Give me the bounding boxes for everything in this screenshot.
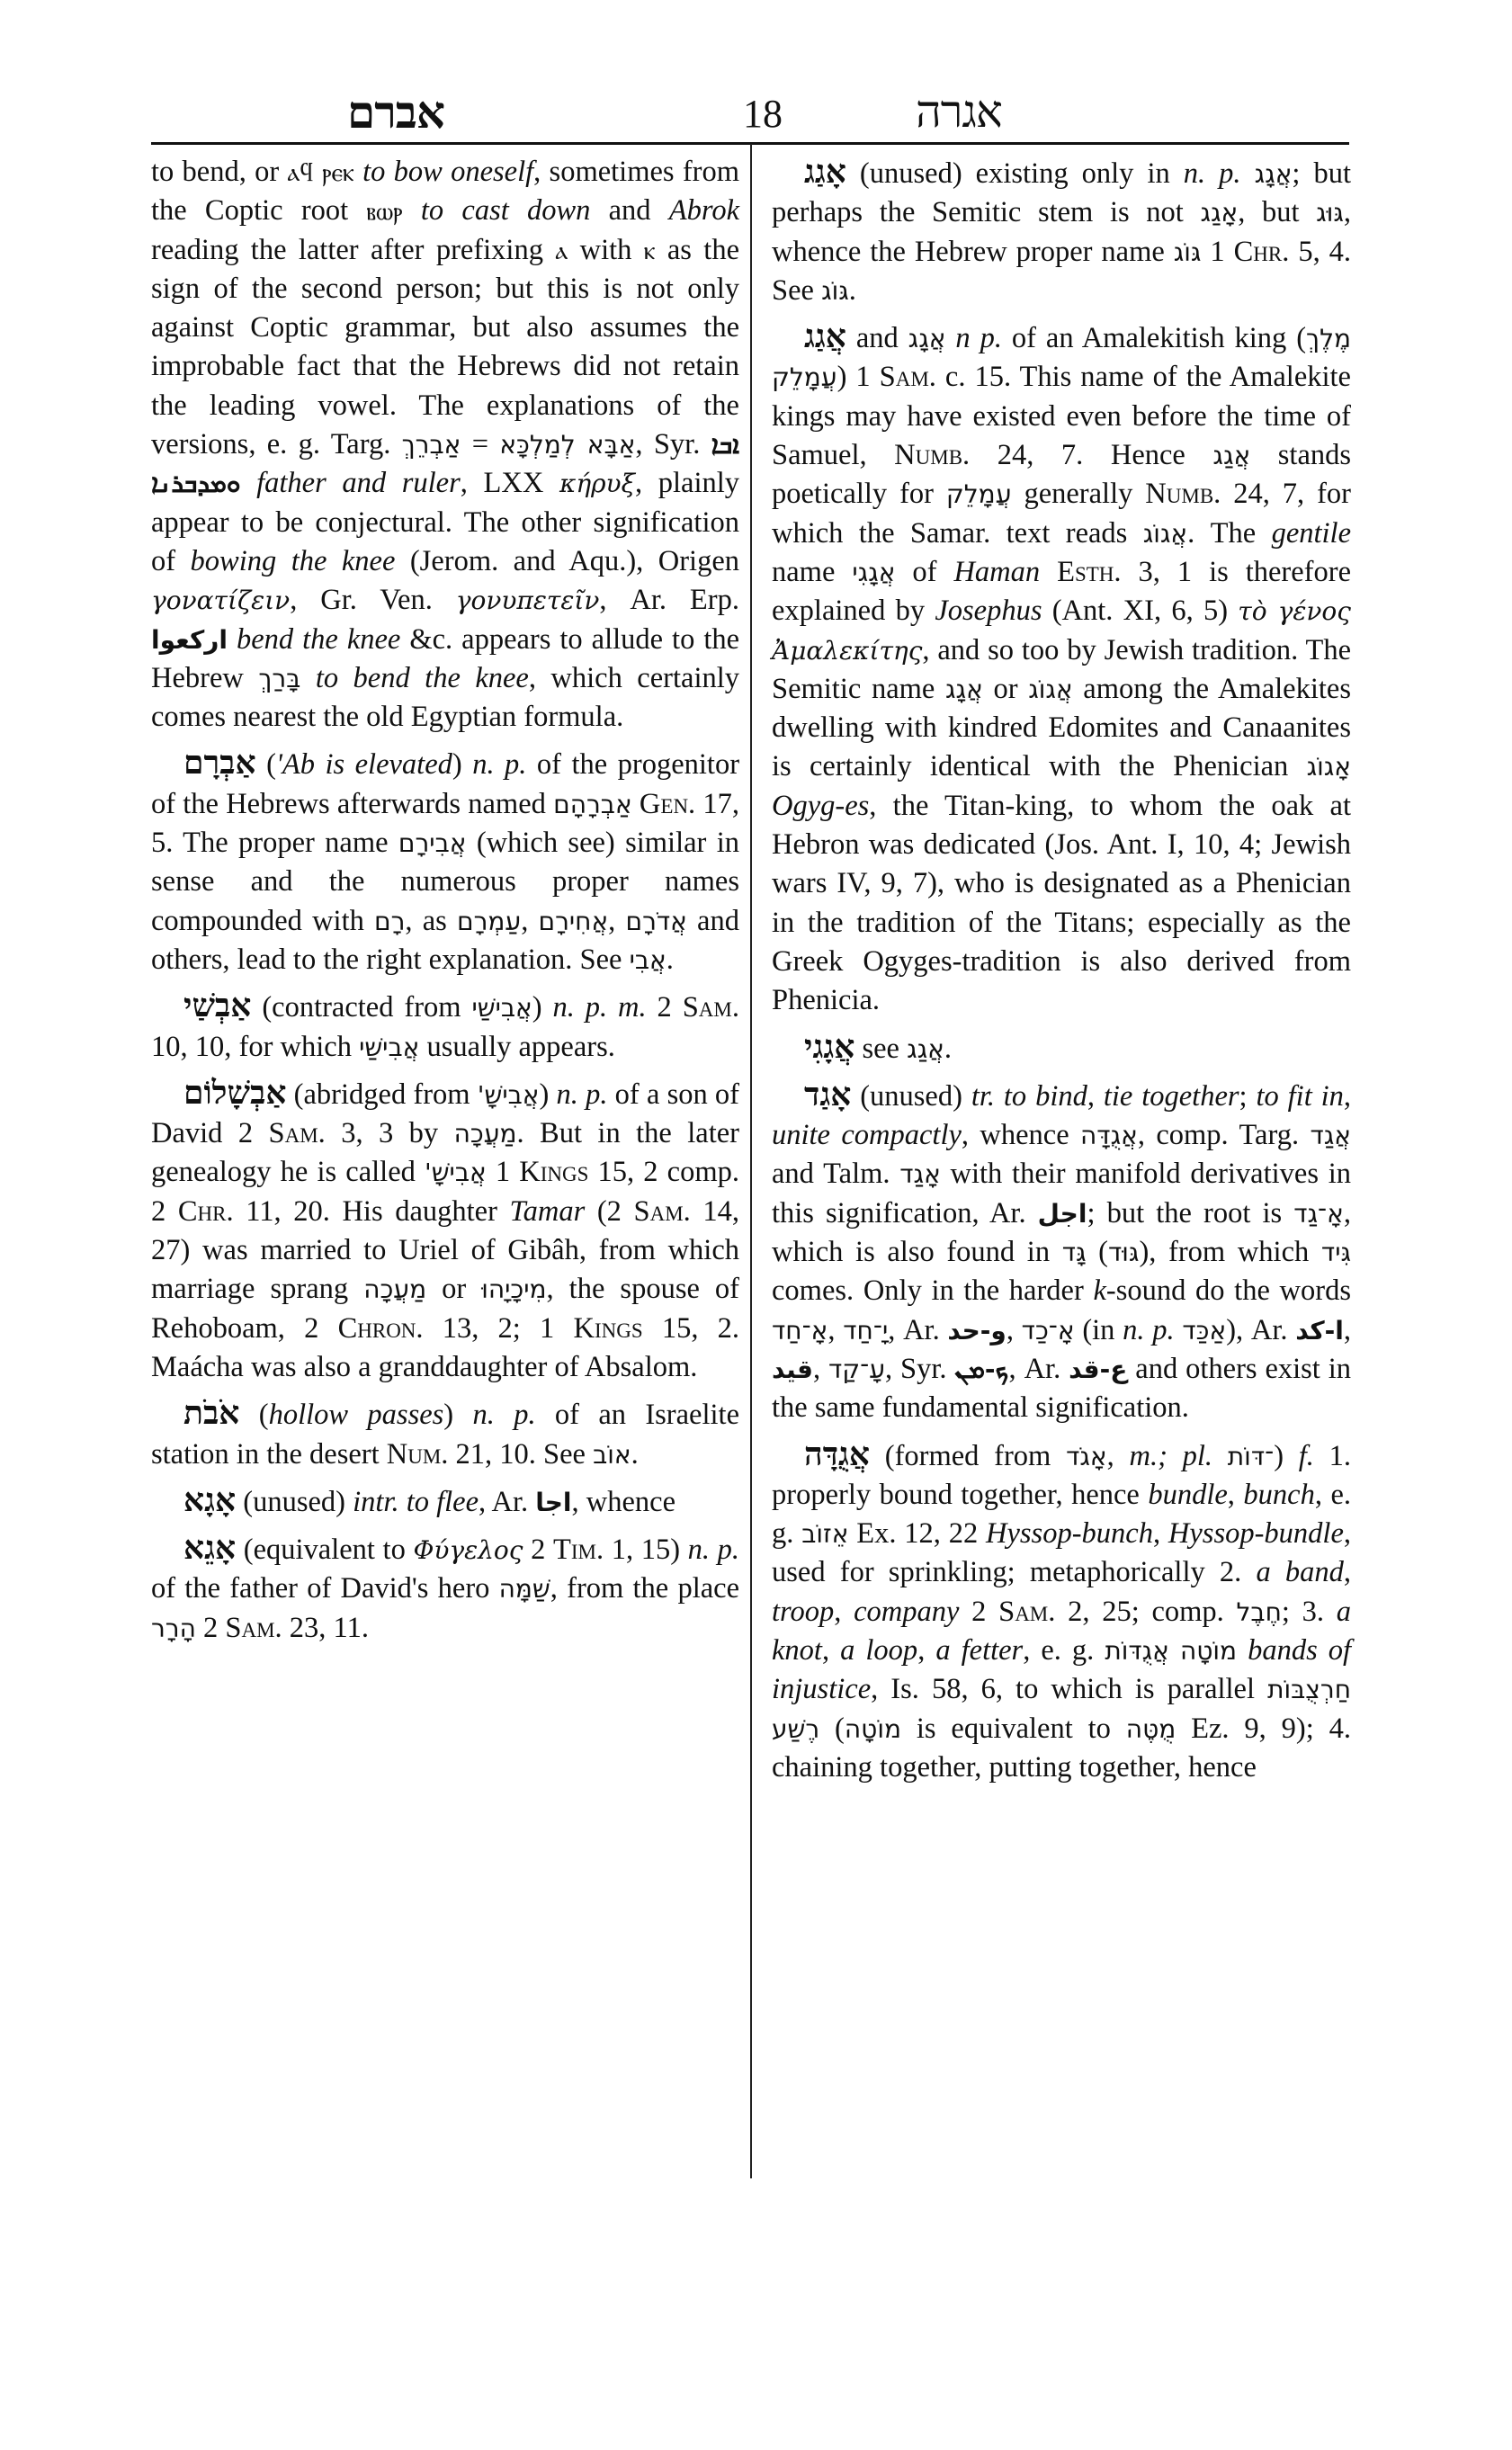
text: 11, 20. His daughter <box>234 1195 510 1228</box>
text: , from the place <box>550 1572 739 1605</box>
entry-headword: אֲגַג <box>804 317 846 355</box>
book-reference: Gen. <box>640 788 695 820</box>
text: of the father of David's hero <box>151 1572 499 1605</box>
text: , <box>1344 1556 1351 1588</box>
hebrew-word: אָגַג <box>1200 198 1238 228</box>
hebrew-word: אֲבִישַׁי <box>471 993 532 1023</box>
text: , <box>1344 1314 1351 1346</box>
text: 23, 11. <box>282 1612 369 1644</box>
text: , Ar. Erp. <box>599 584 739 616</box>
text: usually appears. <box>419 1031 615 1063</box>
entry-abshalom: אַבְשָׁלוֹם (abridged from אֲבִישָׁ') n.… <box>151 1074 739 1387</box>
book-reference: Numb. <box>1145 478 1221 510</box>
italic-gloss: gentile <box>1272 517 1351 550</box>
part-of-speech: n p. <box>955 322 1002 354</box>
part-of-speech: n. p. <box>557 1078 608 1111</box>
text: , e. g. <box>1023 1634 1105 1667</box>
text: ) <box>452 748 472 781</box>
hebrew-word: אֲגַד <box>1310 1121 1351 1150</box>
text: (formed from <box>870 1440 1066 1472</box>
page-number: 18 <box>743 91 783 137</box>
hebrew-word: אָ־כַד <box>1022 1316 1075 1346</box>
text: ), from which <box>1139 1236 1320 1268</box>
italic-gloss: f. <box>1299 1440 1314 1472</box>
entry-age: אָגֵא (equivalent to Φύγελος 2 Tim. 1, 1… <box>151 1529 739 1648</box>
text: (equivalent to <box>236 1533 413 1566</box>
text: or <box>983 673 1028 705</box>
text <box>1241 157 1255 190</box>
hebrew-word: מֻטֶּה <box>1126 1714 1176 1744</box>
text <box>403 194 421 227</box>
text: , whence <box>962 1119 1080 1151</box>
book-reference: Sam. <box>880 361 936 393</box>
text: , <box>1344 1080 1351 1113</box>
hebrew-word: אָגֹד <box>1066 1442 1107 1471</box>
entry-agad: אָגַד (unused) tr. to bind, tie together… <box>772 1076 1351 1428</box>
entry-oboth: אֹבֹת (hollow passes) n. p. of an Israel… <box>151 1394 739 1474</box>
book-reference: Sam. <box>998 1596 1055 1628</box>
italic-gloss: k <box>1093 1274 1105 1307</box>
running-header: אברם 18 אגרה <box>151 85 1347 139</box>
part-of-speech: n. p. <box>472 748 526 781</box>
book-reference: Sam. <box>683 991 739 1024</box>
continuation-paragraph: to bend, or ⲁϥ ⲣⲉⲕ to bow oneself, somet… <box>151 153 739 737</box>
text: (Jerom. and Aqu.), Origen <box>395 545 739 577</box>
left-column: to bend, or ⲁϥ ⲣⲉⲕ to bow oneself, somet… <box>151 153 739 1648</box>
text: , Is. 58, 6, to which is parallel <box>871 1673 1267 1705</box>
hebrew-word: ־דּוֹת <box>1228 1442 1274 1471</box>
text <box>1212 1440 1228 1472</box>
book-reference: Tim. <box>553 1533 604 1566</box>
italic-gloss: n. p. <box>1123 1314 1174 1346</box>
text: ) 1 <box>837 361 880 393</box>
hebrew-word: מוֹטָה <box>845 1714 901 1744</box>
hebrew-word: מוֹטָה <box>1180 1636 1237 1666</box>
text: 1 <box>1201 236 1233 268</box>
hebrew-word: בָּרַךְ <box>258 664 300 693</box>
text: ), Ar. <box>1226 1314 1295 1346</box>
text: Ex. 12, 22 <box>848 1517 986 1550</box>
text: , <box>1087 1080 1104 1113</box>
entry-headword: אֲגָגִי <box>804 1028 854 1066</box>
entry-agag: אֲגַג and אֲגָג n p. of an Amalekitish k… <box>772 317 1351 1020</box>
coptic-word: ⲃⲱⲣ <box>366 196 402 226</box>
hebrew-word: מִיכָיָהוּ <box>481 1274 546 1304</box>
italic-gloss: bowing the knee <box>191 545 396 577</box>
text: , <box>813 1353 828 1385</box>
italic-gloss: to fit in <box>1256 1080 1343 1113</box>
text: (unused) existing only in <box>846 157 1184 190</box>
italic-gloss: Haman <box>953 556 1040 588</box>
text <box>240 467 256 499</box>
text: , <box>608 905 625 937</box>
text: 10, 10, for which <box>151 1031 359 1063</box>
italic-gloss: tie together <box>1104 1080 1239 1113</box>
text: . <box>944 1033 952 1065</box>
greek-word: Φύγελος <box>413 1535 523 1565</box>
text <box>300 662 315 694</box>
hebrew-word: גּוּד <box>1108 1238 1139 1267</box>
hebrew-word: גּוֹג <box>1174 237 1202 267</box>
text <box>228 623 237 656</box>
text: 24, 7. Hence <box>970 439 1212 471</box>
text: , <box>822 1634 840 1667</box>
italic-gloss: company <box>854 1596 959 1628</box>
header-left-headword: אברם <box>347 85 444 139</box>
italic-gloss: Abrok <box>669 194 739 227</box>
text: 13, 2; 1 <box>424 1312 574 1345</box>
arabic-word: اجل <box>1038 1199 1087 1229</box>
hebrew-word: אֲגָג <box>945 675 983 704</box>
text <box>945 322 955 354</box>
hebrew-word: עֲמָלֵק <box>946 479 1012 509</box>
greek-word: γονυπετεῖν <box>456 586 600 615</box>
text: as the sign of the second person; but th… <box>151 234 739 460</box>
entry-aga-unused: אָגָא (unused) intr. to flee, Ar. اجا, w… <box>151 1481 739 1522</box>
hebrew-word: אָגַד <box>899 1159 941 1189</box>
text <box>1237 1634 1248 1667</box>
text: (Ant. XI, 6, 5) <box>1042 595 1238 627</box>
hebrew-word: אֲגָג <box>908 324 946 353</box>
text: (unused) <box>236 1486 353 1518</box>
text: ( <box>256 748 276 781</box>
text: generally <box>1012 478 1146 510</box>
text: , the Titan-king, to whom the oak at Heb… <box>772 790 1351 1016</box>
italic-gloss: Hyssop-bundle <box>1168 1517 1344 1550</box>
hebrew-word: הָרָר <box>151 1614 196 1643</box>
italic-gloss: hollow passes <box>269 1399 444 1431</box>
text: is equivalent to <box>901 1712 1126 1745</box>
hebrew-word: אֲבִישָׁ' <box>425 1158 487 1187</box>
text: ) <box>443 1399 472 1431</box>
arabic-word: اركعوا <box>151 625 228 655</box>
italic-gloss: father and ruler <box>256 467 461 499</box>
right-column: אָגַג (unused) existing only in n. p. אֲ… <box>772 153 1351 1787</box>
syriac-word: ܟ-ܡܢ <box>954 1355 1008 1384</box>
text: , comp. Targ. <box>1138 1119 1311 1151</box>
book-reference: Chr. <box>1234 236 1290 268</box>
text: , <box>1153 1517 1168 1550</box>
hebrew-word: רָם <box>374 907 405 936</box>
hebrew-word: שַׁמָּה <box>499 1574 550 1604</box>
text: . <box>849 274 856 307</box>
text: (contracted from <box>251 991 471 1024</box>
hebrew-word: אֲגַג <box>1212 441 1250 470</box>
greek-word: κήρυξ <box>559 469 635 498</box>
text: , <box>1228 1479 1244 1511</box>
arabic-word: ع-قد <box>1069 1355 1127 1384</box>
text: . <box>667 943 674 976</box>
hebrew-word: אֲגוֹג <box>1143 519 1187 549</box>
book-reference: Num. <box>387 1438 449 1471</box>
text: ; 3. <box>1282 1596 1337 1628</box>
coptic-letter: ⲕ <box>644 236 656 265</box>
italic-gloss: Ogyg-es <box>772 790 869 822</box>
text: = <box>461 428 499 460</box>
italic-gloss: to bend the knee <box>316 662 529 694</box>
text: , <box>917 1634 935 1667</box>
book-reference: Kings <box>519 1156 588 1188</box>
text: 2 <box>523 1533 553 1566</box>
entry-headword: אָגֵא <box>183 1529 236 1567</box>
text: and <box>846 322 908 354</box>
text: , Syr. <box>885 1353 954 1385</box>
hebrew-word: אָ־חַד <box>772 1316 828 1346</box>
text: of <box>895 556 953 588</box>
part-of-speech: n. p. <box>688 1533 739 1566</box>
text: (unused) <box>851 1080 971 1113</box>
part-of-speech: n. p. <box>1184 157 1241 190</box>
italic-gloss: a fetter <box>935 1634 1023 1667</box>
entry-agagi: אֲגָגִי see אֲגַג. <box>772 1028 1351 1069</box>
hebrew-word: גּוֹג <box>821 276 849 306</box>
hebrew-word: אֲגֻדּוֹת <box>1105 1636 1169 1666</box>
text: reading the latter after prefixing <box>151 234 555 266</box>
entry-headword: אָגַג <box>804 153 846 191</box>
text: 2 <box>959 1596 998 1628</box>
hebrew-word: אַבְרֵךְ <box>402 430 461 460</box>
text: 2 <box>196 1612 226 1644</box>
entry-agag-unused: אָגַג (unused) existing only in n. p. אֲ… <box>772 153 1351 310</box>
text: 2, 25; comp. <box>1055 1596 1236 1628</box>
hebrew-word: אַכַּד <box>1182 1316 1226 1346</box>
greek-word: γονατίζειν <box>151 586 290 615</box>
italic-gloss: intr. to flee <box>353 1486 479 1518</box>
text <box>632 788 640 820</box>
book-reference: Esth. <box>1057 556 1121 588</box>
book-reference: Sam. <box>634 1195 691 1228</box>
text: with <box>568 234 643 266</box>
header-right-headword: אגרה <box>916 85 1002 138</box>
book-reference: Chr. <box>178 1195 234 1228</box>
entry-headword: אַבְרָם <box>183 744 256 782</box>
entry-headword: אָגַד <box>804 1076 851 1113</box>
text: ( <box>239 1399 268 1431</box>
text: , <box>828 1314 843 1346</box>
arabic-word: ا-كد <box>1295 1316 1344 1346</box>
italic-gloss: bend the knee <box>237 623 400 656</box>
text: , <box>521 905 538 937</box>
coptic-letter: ⲁ <box>555 236 568 265</box>
entry-headword: אֲגֻדָּה <box>804 1435 870 1473</box>
text: 1 <box>487 1156 520 1188</box>
hebrew-word: אָ־גַד <box>1293 1199 1344 1229</box>
text: , <box>1107 1440 1130 1472</box>
hebrew-word: אֲגֻדָּה <box>1080 1121 1138 1150</box>
arabic-word: قيد <box>772 1355 813 1384</box>
text: , as <box>405 905 457 937</box>
hebrew-word: אֲדֹרָם <box>625 907 686 936</box>
italic-gloss: troop <box>772 1596 834 1628</box>
entry-headword: אַבְשַׁי <box>183 987 251 1024</box>
hebrew-word: אֲבִי <box>630 945 667 975</box>
entry-abram: אַבְרָם ('Ab is elevated) n. p. of the p… <box>151 744 739 979</box>
italic-gloss: to bow oneself <box>362 156 533 188</box>
part-of-speech: n. p. m. <box>552 991 646 1024</box>
hebrew-word: עַמְרָם <box>457 907 521 936</box>
text: , but <box>1238 196 1316 228</box>
book-reference: Kings <box>573 1312 642 1345</box>
hebrew-word: אֲבִישַׁי <box>359 1033 419 1062</box>
text: to bend, or <box>151 156 287 188</box>
hebrew-word: עָ־קַד <box>828 1355 885 1384</box>
book-reference: Sam. <box>269 1117 326 1149</box>
hebrew-word: גָּד <box>1062 1238 1087 1267</box>
text: (in <box>1075 1314 1123 1346</box>
entry-abshai: אַבְשַׁי (contracted from אֲבִישַׁי) n. … <box>151 987 739 1067</box>
hebrew-word: אֲגָג <box>1255 159 1293 189</box>
hebrew-word: אֲבִישָׁ' <box>478 1080 540 1110</box>
text: ) <box>1274 1440 1299 1472</box>
hebrew-word: גּוּג <box>1316 198 1344 228</box>
text: , Ar. <box>888 1314 947 1346</box>
text: ( <box>819 1712 845 1745</box>
italic-gloss: 'Ab is elevated <box>276 748 452 781</box>
hebrew-word: אוֹב <box>593 1440 631 1470</box>
text: of an Amalekitish king ( <box>1002 322 1306 354</box>
text: name <box>772 556 852 588</box>
entry-headword: אַבְשָׁלוֹם <box>183 1074 286 1112</box>
italic-gloss: to cast down <box>421 194 591 227</box>
text: (2 <box>585 1195 633 1228</box>
arabic-word: و-حد <box>947 1316 1006 1346</box>
text: and <box>590 194 668 227</box>
hebrew-word: חֶבֶל <box>1237 1597 1282 1627</box>
text: or <box>426 1273 481 1305</box>
italic-gloss: Hyssop-bunch <box>986 1517 1153 1550</box>
text <box>1169 1634 1180 1667</box>
text: , Ar. <box>479 1486 535 1518</box>
hebrew-word: אֲגָגִי <box>852 558 895 587</box>
text: ) <box>539 1078 556 1111</box>
italic-gloss: Josephus <box>935 595 1042 627</box>
part-of-speech: n. p. <box>472 1399 535 1431</box>
italic-gloss: bunch <box>1243 1479 1314 1511</box>
text: -sound do the words <box>1106 1274 1351 1307</box>
hebrew-word: מַעֲכָה <box>363 1274 426 1304</box>
text: 21, 10. See <box>448 1438 593 1471</box>
italic-gloss: m.; pl. <box>1129 1440 1212 1472</box>
text: ) <box>532 991 553 1024</box>
text <box>354 156 362 188</box>
italic-gloss: Tamar <box>510 1195 586 1228</box>
italic-gloss: bundle <box>1148 1479 1227 1511</box>
text: (abridged from <box>286 1078 477 1111</box>
text: , Ar. <box>1009 1353 1069 1385</box>
hebrew-word: אֲבִירָם <box>398 828 467 858</box>
text: 1, 15) <box>604 1533 688 1566</box>
italic-gloss: a band <box>1256 1556 1343 1588</box>
hebrew-word: אֲחִירָם <box>539 907 609 936</box>
hebrew-word: אַבְרָהָם <box>553 790 632 819</box>
italic-gloss: a loop <box>840 1634 917 1667</box>
text: ; but the root is <box>1087 1197 1293 1229</box>
hebrew-word: אֲגוֹג <box>1028 675 1072 704</box>
text: , <box>1007 1314 1022 1346</box>
hebrew-word: אָגוֹג <box>1307 752 1351 782</box>
italic-gloss: tr. to bind <box>971 1080 1087 1113</box>
text: , LXX <box>461 467 559 499</box>
hebrew-word: אַבָּא לְמַלְכָּא <box>499 430 635 460</box>
text: ; <box>1239 1080 1257 1113</box>
book-reference: Chron. <box>338 1312 424 1345</box>
hebrew-word: אֲגַג <box>907 1034 944 1064</box>
text: . The <box>1187 517 1271 550</box>
text: , Syr. <box>635 428 711 460</box>
book-reference: Sam. <box>225 1612 282 1644</box>
text: ( <box>1087 1236 1108 1268</box>
text: see <box>854 1033 907 1065</box>
hebrew-word: אֵזוֹב <box>801 1519 848 1549</box>
italic-gloss: unite compactly <box>772 1119 962 1151</box>
text: . <box>631 1438 639 1471</box>
text: , whence <box>572 1486 676 1518</box>
book-reference: Numb. <box>894 439 970 471</box>
text: comes. Only in the harder <box>772 1274 1093 1307</box>
hebrew-word: גִּיד <box>1321 1238 1351 1267</box>
entry-headword: אָגָא <box>183 1481 236 1519</box>
text: , Gr. Ven. <box>290 584 456 616</box>
text: 3, 3 by <box>326 1117 454 1149</box>
hebrew-word: יָ־חַד <box>843 1316 888 1346</box>
text <box>1040 556 1057 588</box>
column-divider <box>750 144 752 2178</box>
text: , <box>834 1596 854 1628</box>
entry-headword: אֹבֹת <box>183 1394 239 1432</box>
text: and Talm. <box>772 1158 899 1190</box>
entry-aguddah: אֲגֻדָּה (formed from אָגֹד, m.; pl. ־דּ… <box>772 1435 1351 1788</box>
hebrew-word: מַעֲכָה <box>454 1119 517 1149</box>
arabic-word: اجا <box>535 1488 571 1517</box>
coptic-word: ⲁϥ ⲣⲉⲕ <box>287 157 353 187</box>
text: 2 <box>647 991 683 1024</box>
